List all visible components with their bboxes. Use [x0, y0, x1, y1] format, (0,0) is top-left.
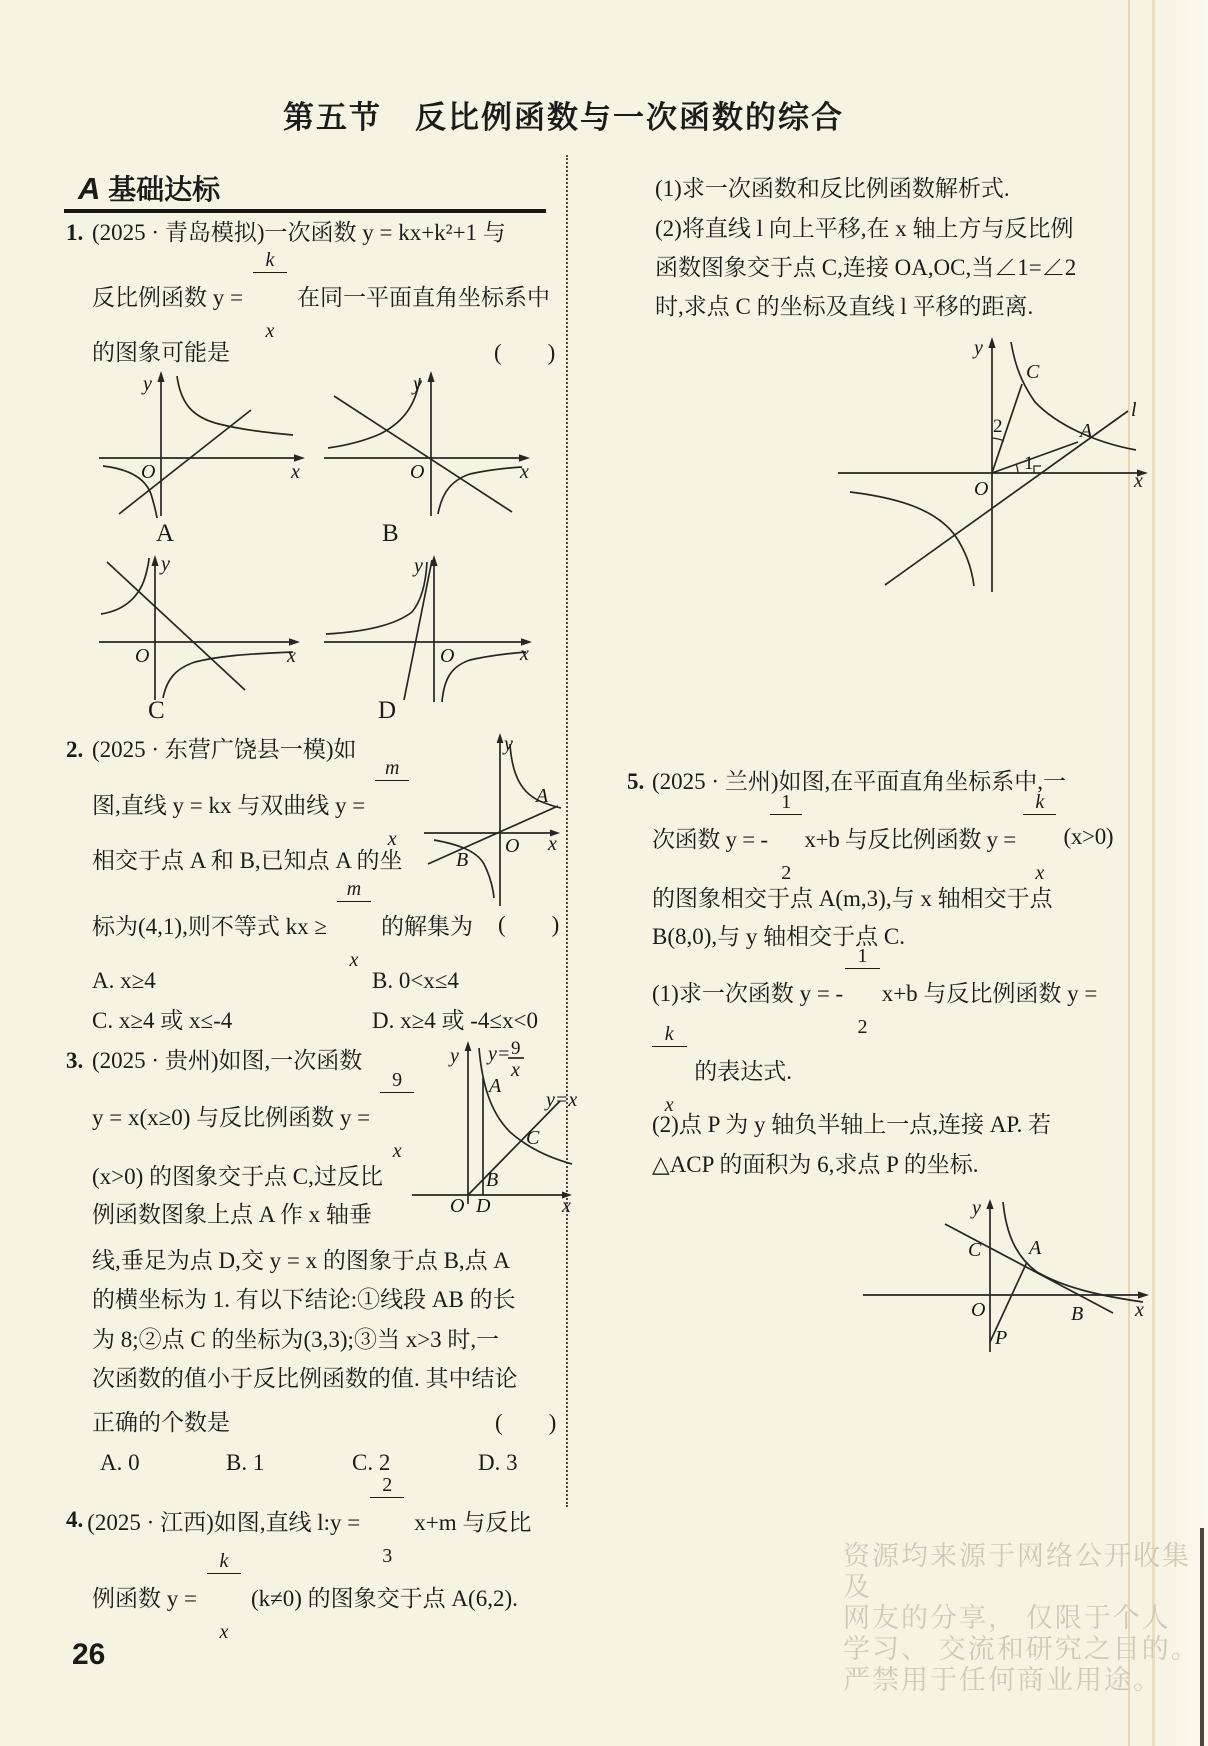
x-axis-label: x: [1133, 470, 1143, 492]
p2-line1: (2025 · 东营广饶县一模)如: [92, 737, 356, 763]
watermark-line3: 学习、 交流和研究之目的。: [843, 1634, 1208, 1665]
y-axis-label: y: [412, 555, 423, 577]
page-fold-line: [1128, 0, 1130, 1746]
point-c-label: C: [1026, 361, 1040, 383]
p4-line1b: x+m 与反比: [408, 1504, 531, 1537]
y-axis-label: y: [448, 1045, 459, 1067]
p4-figure: y C l A 2 1 O x: [828, 320, 1163, 625]
hyperbola-q1: [177, 376, 293, 435]
p4-line2a: 例函数 y =: [92, 1580, 203, 1613]
watermark: 资源均来源于网络公开收集及 网友的分享， 仅限于个人 学习、 交流和研究之目的。…: [843, 1541, 1208, 1696]
angle-1-label: 1: [1024, 453, 1034, 474]
p2-option-c: C. x≥4 或 x≤-4: [92, 1008, 232, 1034]
p5-line2a: 次函数 y = -: [652, 821, 768, 854]
p2-line4a: 标为(4,1),则不等式 kx ≥: [92, 908, 333, 941]
origin-label: O: [450, 1195, 464, 1217]
p2-number: 2.: [66, 737, 83, 763]
p3-answer-paren: ( ): [495, 1410, 556, 1436]
fraction-numerator: 9: [511, 1038, 521, 1059]
fraction-m-over-x: m x: [337, 833, 372, 1016]
p4-line2b: (k≠0) 的图象交于点 A(6,2).: [245, 1580, 518, 1613]
watermark-line2: 网友的分享， 仅限于个人: [843, 1603, 1208, 1634]
p1-line3: 的图象可能是: [92, 340, 230, 366]
origin-label: O: [971, 1299, 985, 1321]
p3-option-d: D. 3: [478, 1450, 518, 1476]
p3-line2: y = x(x≥0) 与反比例函数 y = 9 x: [92, 1086, 418, 1144]
p4-subq1: (1)求一次函数和反比例函数解析式.: [655, 176, 1010, 202]
axes: [99, 371, 305, 516]
x-axis-label: x: [519, 643, 529, 665]
axes: [99, 555, 300, 700]
p5-subq2-line2: △ACP 的面积为 6,求点 P 的坐标.: [652, 1152, 979, 1178]
page-title: 第五节 反比例函数与一次函数的综合: [283, 92, 844, 137]
y-axis-label: y: [502, 733, 513, 755]
point-c-label: C: [526, 1127, 540, 1149]
line-graph: [334, 396, 512, 512]
x-axis-label: x: [290, 461, 300, 483]
hyperbola-q2: [326, 562, 427, 634]
x-axis-label: x: [286, 645, 296, 667]
p2-line4b: 的解集为: [375, 908, 473, 941]
p3-option-b: B. 1: [226, 1450, 264, 1476]
point-b-label: B: [456, 849, 468, 871]
x-axis-label: x: [561, 1195, 571, 1217]
p1-answer-paren: ( ): [494, 340, 555, 366]
p2-option-b: B. 0<x≤4: [372, 968, 459, 994]
hyperbola-q1: [1003, 1202, 1143, 1302]
point-c-label: C: [968, 1239, 982, 1261]
y-axis-label: y: [141, 373, 152, 395]
point-a-label: A: [1027, 1237, 1042, 1259]
p4-line2: 例函数 y = k x (k≠0) 的图象交于点 A(6,2).: [92, 1564, 518, 1628]
p5-subq1-line2: k x 的表达式.: [652, 1038, 792, 1100]
p2-answer-paren: ( ): [498, 912, 559, 938]
p2-line4: 标为(4,1),则不等式 kx ≥ m x 的解集为: [92, 895, 473, 953]
origin-label: O: [141, 461, 155, 483]
point-a-label: A: [487, 1075, 502, 1097]
p3-line4: 例函数图象上点 A 作 x 轴垂: [92, 1202, 372, 1228]
column-divider: [566, 155, 568, 1507]
p1-figure-option-d: y O x: [316, 550, 541, 705]
p1-option-a-letter: A: [156, 520, 174, 548]
point-p-label: P: [994, 1327, 1007, 1349]
p5-subq2-line1: (2)点 P 为 y 轴负半轴上一点,连接 AP. 若: [652, 1112, 1051, 1138]
p5-line2: 次函数 y = - 1 2 x+b 与反比例函数 y = k x (x>0): [652, 806, 1113, 868]
p3-number: 3.: [66, 1048, 83, 1074]
p5-line1: (2025 · 兰州)如图,在平面直角坐标系中,一: [652, 769, 1066, 795]
p4-subq2-line3: 时,求点 C 的坐标及直线 l 平移的距离.: [655, 294, 1033, 320]
p3-option-a: A. 0: [100, 1450, 140, 1476]
x-axis-label: x: [547, 833, 557, 855]
point-b-label: B: [1071, 1303, 1083, 1325]
point-b-label: B: [486, 1169, 498, 1191]
p3-figure: y y= 9 x A y=x C B O D x: [402, 1028, 577, 1213]
origin-label: O: [440, 645, 454, 667]
p3-line3: (x>0) 的图象交于点 C,过反比: [92, 1164, 383, 1190]
p4-subq2-line1: (2)将直线 l 向上平移,在 x 轴上方与反比例: [655, 216, 1073, 242]
p1-figure-option-b: y O x: [316, 366, 541, 521]
y-axis-label: y: [411, 373, 422, 395]
section-title: 基础达标: [100, 174, 220, 205]
origin-label: O: [974, 478, 988, 500]
watermark-line1: 资源均来源于网络公开收集及: [843, 1541, 1208, 1603]
p1-number: 1.: [66, 220, 83, 246]
p4-number: 4.: [66, 1507, 83, 1533]
p3-line7: 为 8;②点 C 的坐标为(3,3);③当 x>3 时,一: [92, 1327, 499, 1353]
point-d-label: D: [475, 1195, 491, 1217]
origin-label: O: [505, 835, 519, 857]
curve-equation-label: y=: [486, 1043, 510, 1065]
textbook-page: 第五节 反比例函数与一次函数的综合 A 基础达标 1. (2025 · 青岛模拟…: [0, 0, 1208, 1746]
hyperbola-q4: [442, 652, 526, 702]
p1-option-b-letter: B: [382, 520, 399, 548]
page-number: 26: [72, 1638, 105, 1672]
p1-figure-option-a: y O x: [93, 366, 318, 521]
angle-o-arc: [1016, 464, 1018, 473]
line-equation-label: y=x: [544, 1089, 577, 1111]
line-y-equals-x: [468, 1101, 560, 1195]
page-edge-band: [1155, 0, 1208, 1746]
p4-line1: 4. (2025 · 江西)如图,直线 l:y = 2 3 x+m 与反比: [66, 1488, 531, 1552]
p3-line5: 线,垂足为点 D,交 y = x 的图象于点 B,点 A: [92, 1248, 510, 1274]
line-graph: [107, 562, 245, 690]
fraction-k-over-x: k x: [207, 1505, 242, 1688]
hyperbola-q2: [101, 558, 149, 614]
segment-oa: [992, 442, 1078, 473]
point-a-label: A: [534, 785, 549, 807]
p2-option-a: A. x≥4: [92, 968, 156, 994]
angle-1-mark: [1034, 466, 1041, 473]
p3-line9: 正确的个数是: [92, 1410, 230, 1436]
p3-line6: 的横坐标为 1. 有以下结论:①线段 AB 的长: [92, 1287, 516, 1313]
origin-label: O: [410, 461, 424, 483]
fraction-1-over-2: 1 2: [845, 900, 880, 1083]
angle-2-label: 2: [993, 416, 1003, 437]
axes: [838, 337, 1148, 592]
p5-line2c: (x>0): [1058, 824, 1113, 850]
line-y-kx: [428, 806, 558, 864]
y-axis-label: y: [972, 337, 983, 359]
p5-subq1c: 的表达式.: [689, 1053, 793, 1086]
p5-figure: y C A O B x P: [845, 1190, 1165, 1360]
y-axis-label: y: [970, 1197, 981, 1219]
angle-2-arc: [992, 438, 1004, 441]
p1-line1: (2025 · 青岛模拟)一次函数 y = kx+k²+1 与: [92, 220, 506, 246]
point-a-label: A: [1078, 420, 1093, 442]
section-header: A 基础达标: [78, 168, 220, 208]
p5-line2b: x+b 与反比例函数 y =: [804, 821, 1021, 854]
section-badge: A: [78, 171, 100, 206]
origin-label: O: [135, 645, 149, 667]
hyperbola-q3: [850, 492, 974, 586]
section-underline: [64, 209, 546, 213]
p1-line2b: 在同一平面直角坐标系中: [291, 279, 550, 312]
p3-line1: (2025 · 贵州)如图,一次函数: [92, 1048, 362, 1074]
watermark-line4: 严禁用于任何商业用途。: [843, 1665, 1208, 1696]
line-graph: [404, 560, 432, 700]
p1-option-c-letter: C: [148, 697, 165, 725]
p5-number: 5.: [627, 769, 644, 795]
p1-line2: 反比例函数 y = k x 在同一平面直角坐标系中: [92, 266, 550, 324]
fraction-denominator: x: [510, 1059, 520, 1081]
p3-line8: 次函数的值小于反比例函数的值. 其中结论: [92, 1366, 518, 1392]
x-axis-label: x: [519, 461, 529, 483]
axes: [424, 733, 560, 906]
hyperbola-q1: [1011, 342, 1136, 450]
p2-line2a: 图,直线 y = kx 与双曲线 y =: [92, 787, 371, 820]
hyperbola-q2: [328, 378, 420, 448]
p1-figure-option-c: y O x: [93, 550, 318, 705]
p5-subq1b: x+b 与反比例函数 y =: [882, 975, 1098, 1008]
p3-line2a: y = x(x≥0) 与反比例函数 y =: [92, 1099, 376, 1132]
p2-line2: 图,直线 y = kx 与双曲线 y = m x: [92, 774, 413, 832]
line-graph: [119, 410, 251, 514]
p5-subq1-line1: (1)求一次函数 y = - 1 2 x+b 与反比例函数 y =: [652, 960, 1097, 1022]
curve-equation-fraction: 9 x: [508, 1038, 524, 1081]
p2-figure: y A O B x: [420, 726, 565, 911]
line-l-label: l: [1131, 399, 1137, 421]
fraction-k-over-x: k x: [253, 204, 288, 387]
p1-line2a: 反比例函数 y =: [92, 279, 249, 312]
x-axis-label: x: [1134, 1299, 1144, 1321]
p4-subq2-line2: 函数图象交于点 C,连接 OA,OC,当∠1=∠2: [655, 255, 1076, 281]
y-axis-label: y: [159, 553, 170, 575]
